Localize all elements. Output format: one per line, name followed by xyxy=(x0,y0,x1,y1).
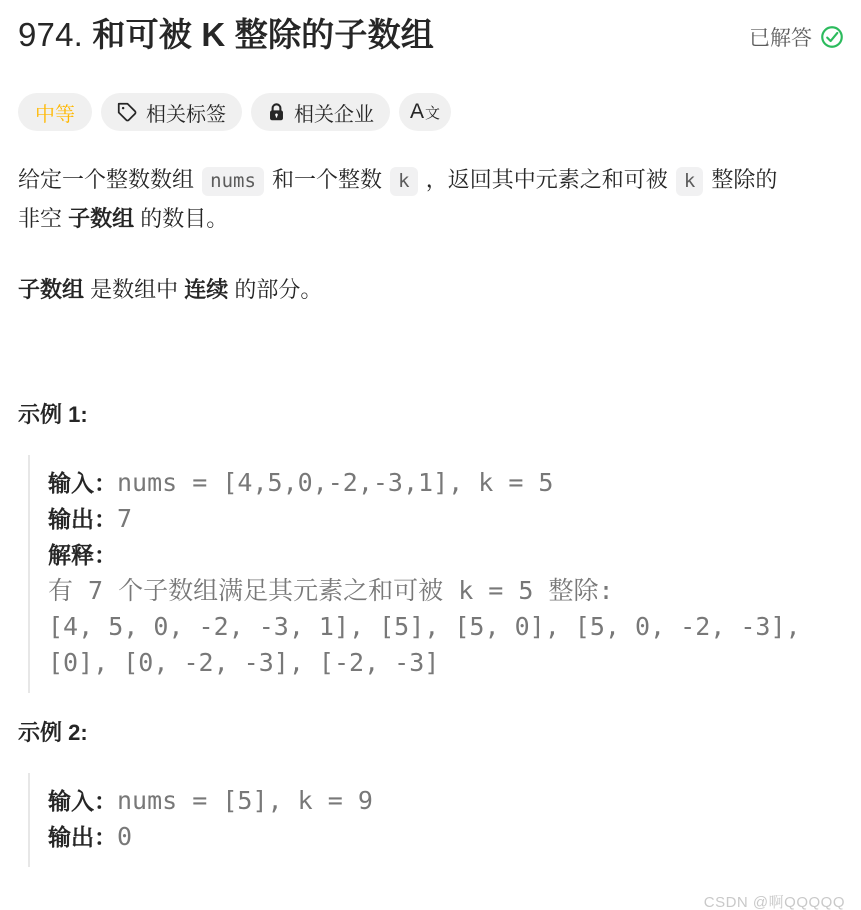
example-1-block: 输入：nums = [4,5,0,-2,-3,1], k = 5输出：7解释：有… xyxy=(28,455,845,693)
example-line: 输出：7 xyxy=(48,501,845,537)
example-2-block: 输入：nums = [5], k = 9输出：0 xyxy=(28,773,845,867)
example-1-heading: 示例 1: xyxy=(18,401,845,429)
example-line: [0], [0, -2, -3], [-2, -3] xyxy=(48,645,845,681)
tag-icon xyxy=(117,102,138,123)
status-badge: 已解答 xyxy=(749,22,845,52)
example-line: 输出：0 xyxy=(48,819,845,855)
csdn-watermark: CSDN @啊QQQQQ xyxy=(18,891,845,910)
badge-row: 中等 相关标签 相关企业 A文 xyxy=(18,93,845,131)
example-line: 解释： xyxy=(48,537,845,573)
example-2-heading: 示例 2: xyxy=(18,719,845,747)
lock-icon xyxy=(267,102,286,123)
problem-header: 974. 和可被 K 整除的子数组 已解答 xyxy=(18,14,845,56)
example-line: 输入：nums = [5], k = 9 xyxy=(48,783,845,819)
related-companies-label: 相关企业 xyxy=(294,98,374,127)
example-line: 有 7 个子数组满足其元素之和可被 k = 5 整除: xyxy=(48,573,845,609)
page-title: 974. 和可被 K 整除的子数组 xyxy=(18,14,434,56)
check-circle-icon xyxy=(819,24,845,50)
solved-label: 已解答 xyxy=(749,22,812,52)
description-paragraph-2: 子数组 是数组中 连续 的部分。 xyxy=(18,271,845,308)
related-tags-label: 相关标签 xyxy=(146,98,226,127)
problem-description: 给定一个整数数组 nums 和一个整数 k ，返回其中元素之和可被 k 整除的非… xyxy=(18,161,845,308)
translate-button[interactable]: A文 xyxy=(399,93,451,131)
example-line: [4, 5, 0, -2, -3, 1], [5], [5, 0], [5, 0… xyxy=(48,609,845,645)
code-span-k: k xyxy=(390,167,417,196)
example-line: 输入：nums = [4,5,0,-2,-3,1], k = 5 xyxy=(48,465,845,501)
related-tags-button[interactable]: 相关标签 xyxy=(101,93,242,131)
code-span-k: k xyxy=(676,167,703,196)
description-paragraph-1: 给定一个整数数组 nums 和一个整数 k ，返回其中元素之和可被 k 整除的非… xyxy=(18,161,845,237)
problem-title-text: 和可被 K 整除的子数组 xyxy=(92,16,434,53)
translate-icon: A文 xyxy=(410,100,440,124)
difficulty-badge[interactable]: 中等 xyxy=(18,93,92,131)
related-companies-button[interactable]: 相关企业 xyxy=(251,93,390,131)
problem-number: 974. xyxy=(18,16,83,53)
difficulty-label: 中等 xyxy=(35,98,75,127)
code-span-nums: nums xyxy=(202,167,264,196)
